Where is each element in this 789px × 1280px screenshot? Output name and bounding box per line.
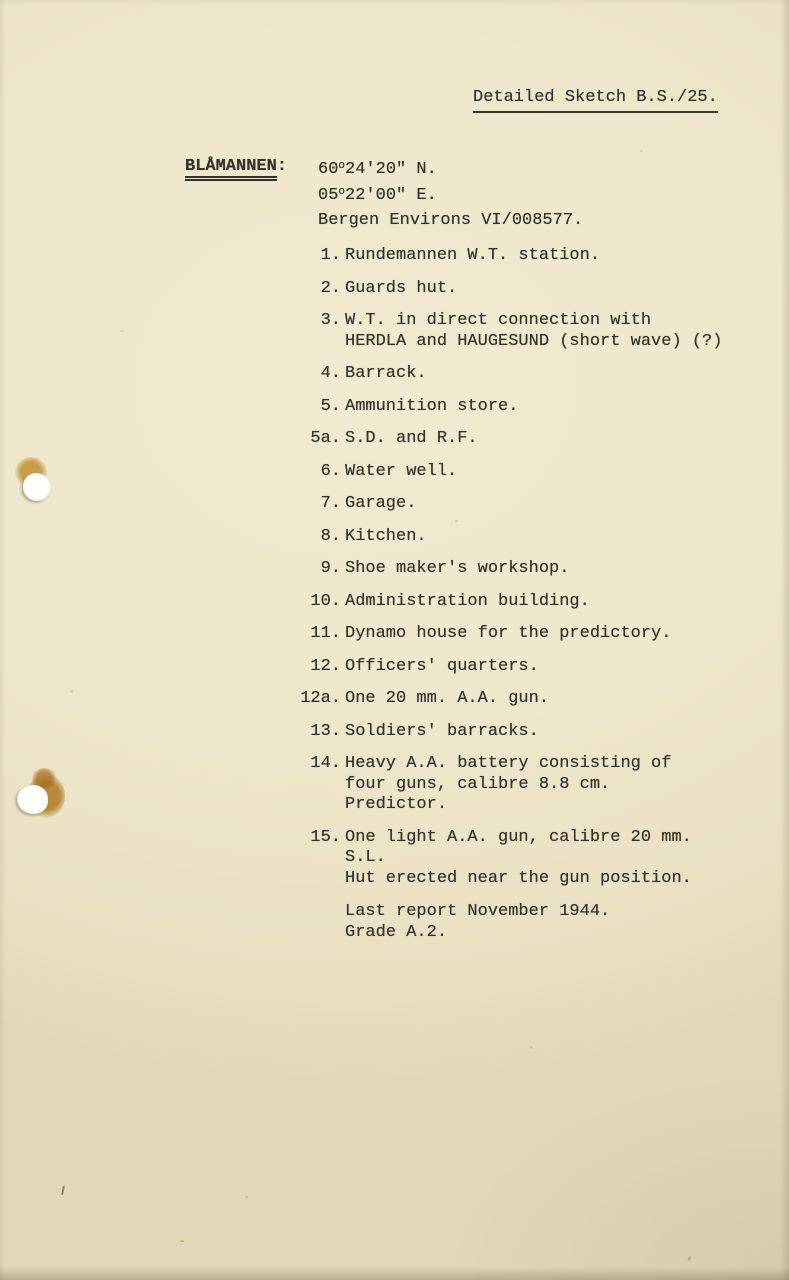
item-number: 8. bbox=[297, 527, 341, 548]
item-number: 5. bbox=[297, 397, 341, 418]
map-reference: Bergen Environs VI/008577. bbox=[318, 211, 583, 231]
paper-speck bbox=[180, 1240, 184, 1242]
footer: Last report November 1944. Grade A.2. bbox=[345, 902, 610, 943]
item-number: 2. bbox=[297, 279, 341, 300]
list-item: 4.Barrack. bbox=[297, 364, 757, 385]
list-item: 12a.One 20 mm. A.A. gun. bbox=[297, 689, 757, 710]
item-number: 13. bbox=[297, 722, 341, 743]
paper-speck bbox=[70, 690, 73, 693]
footer-last-report: Last report November 1944. bbox=[345, 902, 610, 923]
paper-speck bbox=[530, 1046, 533, 1049]
item-number: 6. bbox=[297, 462, 341, 483]
item-number: 10. bbox=[297, 592, 341, 613]
document-page: Detailed Sketch B.S./25. BLÅMANNEN: 60o2… bbox=[0, 0, 789, 1280]
item-number: 15. bbox=[297, 828, 341, 890]
item-text: Heavy A.A. battery consisting offour gun… bbox=[345, 754, 671, 816]
paper-speck bbox=[245, 1196, 248, 1198]
item-number: 12. bbox=[297, 657, 341, 678]
list-item: 1.Rundemannen W.T. station. bbox=[297, 246, 757, 267]
rust-stain-top bbox=[15, 457, 47, 487]
item-number: 5a. bbox=[297, 429, 341, 450]
item-text: Dynamo house for the predictory. bbox=[345, 624, 671, 645]
site-name-text: BLÅMANNEN bbox=[185, 157, 277, 181]
item-text: Shoe maker's workshop. bbox=[345, 559, 569, 580]
list-item: 5a.S.D. and R.F. bbox=[297, 429, 757, 450]
list-item: 5.Ammunition store. bbox=[297, 397, 757, 418]
item-text: Ammunition store. bbox=[345, 397, 518, 418]
list-item: 7.Garage. bbox=[297, 494, 757, 515]
paper-speck bbox=[120, 329, 124, 332]
item-text: One light A.A. gun, calibre 20 mm.S.L.Hu… bbox=[345, 828, 692, 890]
punch-hole-top bbox=[23, 473, 51, 501]
stray-pen-tick bbox=[61, 1186, 65, 1195]
item-text: W.T. in direct connection withHERDLA and… bbox=[345, 311, 722, 352]
list-item: 11.Dynamo house for the predictory. bbox=[297, 624, 757, 645]
punch-hole-bottom bbox=[17, 785, 48, 814]
item-text: One 20 mm. A.A. gun. bbox=[345, 689, 549, 710]
list-item: 2.Guards hut. bbox=[297, 279, 757, 300]
item-number: 1. bbox=[297, 246, 341, 267]
list-item: 9.Shoe maker's workshop. bbox=[297, 559, 757, 580]
list-item: 10.Administration building. bbox=[297, 592, 757, 613]
item-text: Rundemannen W.T. station. bbox=[345, 246, 600, 267]
list-item: 15.One light A.A. gun, calibre 20 mm.S.L… bbox=[297, 828, 757, 890]
item-number: 3. bbox=[297, 311, 341, 352]
item-text: Water well. bbox=[345, 462, 457, 483]
item-text: Guards hut. bbox=[345, 279, 457, 300]
item-number: 4. bbox=[297, 364, 341, 385]
item-number: 12a. bbox=[297, 689, 341, 710]
item-list: 1.Rundemannen W.T. station.2.Guards hut.… bbox=[297, 246, 757, 901]
item-number: 7. bbox=[297, 494, 341, 515]
list-item: 13.Soldiers' barracks. bbox=[297, 722, 757, 743]
list-item: 8.Kitchen. bbox=[297, 527, 757, 548]
rust-stain-bottom bbox=[27, 774, 65, 818]
site-coordinates: 60o24'20" N. 05o22'00" E. bbox=[318, 155, 437, 207]
site-name-colon: : bbox=[277, 157, 287, 176]
item-number: 11. bbox=[297, 624, 341, 645]
item-text: Kitchen. bbox=[345, 527, 427, 548]
item-number: 9. bbox=[297, 559, 341, 580]
footer-grade: Grade A.2. bbox=[345, 923, 610, 944]
item-text: Barrack. bbox=[345, 364, 427, 385]
item-text: Officers' quarters. bbox=[345, 657, 539, 678]
item-text: S.D. and R.F. bbox=[345, 429, 478, 450]
list-item: 6.Water well. bbox=[297, 462, 757, 483]
list-item: 3.W.T. in direct connection withHERDLA a… bbox=[297, 311, 757, 352]
paper-speck bbox=[687, 1256, 692, 1262]
site-name: BLÅMANNEN: bbox=[185, 157, 287, 177]
item-text: Garage. bbox=[345, 494, 416, 515]
coordinate-longitude: 05o22'00" E. bbox=[318, 181, 437, 207]
header-reference: Detailed Sketch B.S./25. bbox=[473, 88, 718, 113]
list-item: 14.Heavy A.A. battery consisting offour … bbox=[297, 754, 757, 816]
item-text: Administration building. bbox=[345, 592, 590, 613]
coordinate-latitude: 60o24'20" N. bbox=[318, 155, 437, 181]
item-text: Soldiers' barracks. bbox=[345, 722, 539, 743]
rust-stain-bottom-small bbox=[31, 768, 57, 790]
paper-speck bbox=[640, 150, 643, 152]
list-item: 12.Officers' quarters. bbox=[297, 657, 757, 678]
item-number: 14. bbox=[297, 754, 341, 816]
